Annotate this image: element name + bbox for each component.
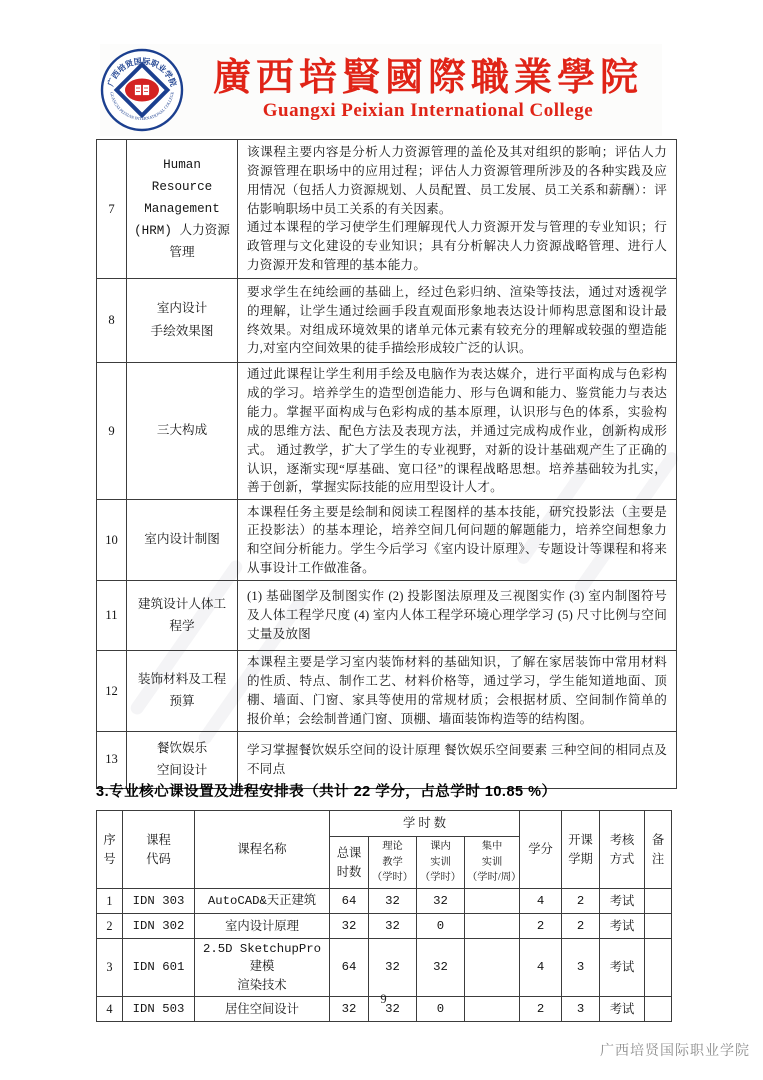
course-name-cell: Human Resource Management (HRM) 人力资源 管理 (127, 140, 238, 279)
course-no-cell: 10 (97, 500, 127, 581)
theory-cell: 32 (369, 914, 417, 939)
course-desc-cell: 该课程主要内容是分析人力资源管理的盖伦及其对组织的影响；评估人力资源管理在职场中… (238, 140, 677, 279)
theory-cell: 32 (369, 889, 417, 914)
document-header: 广西培贤国际职业学院 GUANGXI PEIXIAN INTERNATIONAL… (100, 44, 662, 136)
code-cell: IDN 303 (123, 889, 195, 914)
college-title-zh: 廣西培賢國際職業學院 (213, 59, 643, 99)
table-row: 2 IDN 302 室内设计原理 32 32 0 2 2 考试 (97, 914, 672, 939)
table-row: 1 IDN 303 AutoCAD&天正建筑 64 32 32 4 2 考试 (97, 889, 672, 914)
table-row: 12 装饰材料及工程 预算 本课程主要是学习室内装饰材料的基础知识，了解在家居装… (97, 651, 677, 732)
footer-college-mark: 广西培贤国际职业学院 (600, 1040, 750, 1060)
table-row: 8 室内设计 手绘效果图 要求学生在纯绘画的基础上，经过色彩归纳、渲染等技法，通… (97, 279, 677, 363)
course-desc-cell: 要求学生在纯绘画的基础上，经过色彩归纳、渲染等技法，通过对透视学的理解，让学生通… (238, 279, 677, 363)
course-desc-cell: 本课程任务主要是绘制和阅读工程图样的基本技能，研究投影法（主要是正投影法）的基本… (238, 500, 677, 581)
semester-cell: 2 (562, 914, 600, 939)
concentrated-cell (465, 889, 520, 914)
section-heading: 3.专业核心课设置及进程安排表（共计 22 学分，占总学时 10.85 %） (96, 780, 676, 801)
practice-cell: 32 (417, 939, 465, 997)
page-number: 9 (96, 992, 671, 1007)
header-practice: 课内 实训 （学时） (417, 837, 465, 889)
college-seal-icon: 广西培贤国际职业学院 GUANGXI PEIXIAN INTERNATIONAL… (100, 48, 184, 132)
course-name-cell: 室内设计 手绘效果图 (127, 279, 238, 363)
code-cell: IDN 601 (123, 939, 195, 997)
course-name-cell: 装饰材料及工程 预算 (127, 651, 238, 732)
course-desc-cell: 本课程主要是学习室内装饰材料的基础知识，了解在家居装饰中常用材料的性质、特点、制… (238, 651, 677, 732)
total-cell: 32 (330, 914, 369, 939)
semester-cell: 2 (562, 889, 600, 914)
college-title-block: 廣西培賢國際職業學院 Guangxi Peixian International… (194, 59, 662, 121)
assessment-cell: 考试 (600, 939, 645, 997)
header-assessment: 考核 方式 (600, 811, 645, 889)
assessment-cell: 考试 (600, 914, 645, 939)
remarks-cell (645, 889, 672, 914)
table-row: 11 建筑设计人体工 程学 (1) 基础图学及制图实作 (2) 投影图法原理及三… (97, 581, 677, 651)
total-cell: 64 (330, 889, 369, 914)
name-cell: 室内设计原理 (195, 914, 330, 939)
header-concentrated: 集中 实训 （学时/周） (465, 837, 520, 889)
course-no-cell: 12 (97, 651, 127, 732)
concentrated-cell (465, 939, 520, 997)
core-course-schedule-table: 序 号 课程 代码 课程名称 学 时 数 学分 开课 学期 考核 方式 备 注 … (96, 810, 672, 1022)
table-row: 3 IDN 601 2.5D SketchupPro 建模 渲染技术 64 32… (97, 939, 672, 997)
code-cell: IDN 302 (123, 914, 195, 939)
course-no-cell: 8 (97, 279, 127, 363)
course-name-cell: 三大构成 (127, 363, 238, 500)
credits-cell: 4 (520, 889, 562, 914)
practice-cell: 0 (417, 914, 465, 939)
table-row: 10 室内设计制图 本课程任务主要是绘制和阅读工程图样的基本技能，研究投影法（主… (97, 500, 677, 581)
course-desc-cell: (1) 基础图学及制图实作 (2) 投影图法原理及三视图实作 (3) 室内制图符… (238, 581, 677, 651)
semester-cell: 3 (562, 939, 600, 997)
header-seq: 序 号 (97, 811, 123, 889)
name-cell: AutoCAD&天正建筑 (195, 889, 330, 914)
seq-cell: 3 (97, 939, 123, 997)
seq-cell: 1 (97, 889, 123, 914)
table-row: 7 Human Resource Management (HRM) 人力资源 管… (97, 140, 677, 279)
course-name-cell: 室内设计制图 (127, 500, 238, 581)
college-seal-logo: 广西培贤国际职业学院 GUANGXI PEIXIAN INTERNATIONAL… (100, 48, 184, 132)
course-name-cell: 建筑设计人体工 程学 (127, 581, 238, 651)
practice-cell: 32 (417, 889, 465, 914)
course-desc-cell: 通过此课程让学生利用手绘及电脑作为表达媒介，进行平面构成与色彩构成的学习。培养学… (238, 363, 677, 500)
header-theory: 理论 教学 （学时） (369, 837, 417, 889)
header-total-hours: 总课 时数 (330, 837, 369, 889)
remarks-cell (645, 939, 672, 997)
theory-cell: 32 (369, 939, 417, 997)
concentrated-cell (465, 914, 520, 939)
table-row: 9 三大构成 通过此课程让学生利用手绘及电脑作为表达媒介，进行平面构成与色彩构成… (97, 363, 677, 500)
college-title-en: Guangxi Peixian International College (263, 101, 593, 121)
table-header-row: 序 号 课程 代码 课程名称 学 时 数 学分 开课 学期 考核 方式 备 注 (97, 811, 672, 837)
header-remarks: 备 注 (645, 811, 672, 889)
header-semester: 开课 学期 (562, 811, 600, 889)
remarks-cell (645, 914, 672, 939)
credits-cell: 4 (520, 939, 562, 997)
header-code: 课程 代码 (123, 811, 195, 889)
header-hours-group: 学 时 数 (330, 811, 520, 837)
course-description-table: 7 Human Resource Management (HRM) 人力资源 管… (96, 139, 677, 789)
course-no-cell: 11 (97, 581, 127, 651)
total-cell: 64 (330, 939, 369, 997)
header-credits: 学分 (520, 811, 562, 889)
course-no-cell: 7 (97, 140, 127, 279)
assessment-cell: 考试 (600, 889, 645, 914)
name-cell: 2.5D SketchupPro 建模 渲染技术 (195, 939, 330, 997)
credits-cell: 2 (520, 914, 562, 939)
header-name: 课程名称 (195, 811, 330, 889)
course-no-cell: 9 (97, 363, 127, 500)
seq-cell: 2 (97, 914, 123, 939)
